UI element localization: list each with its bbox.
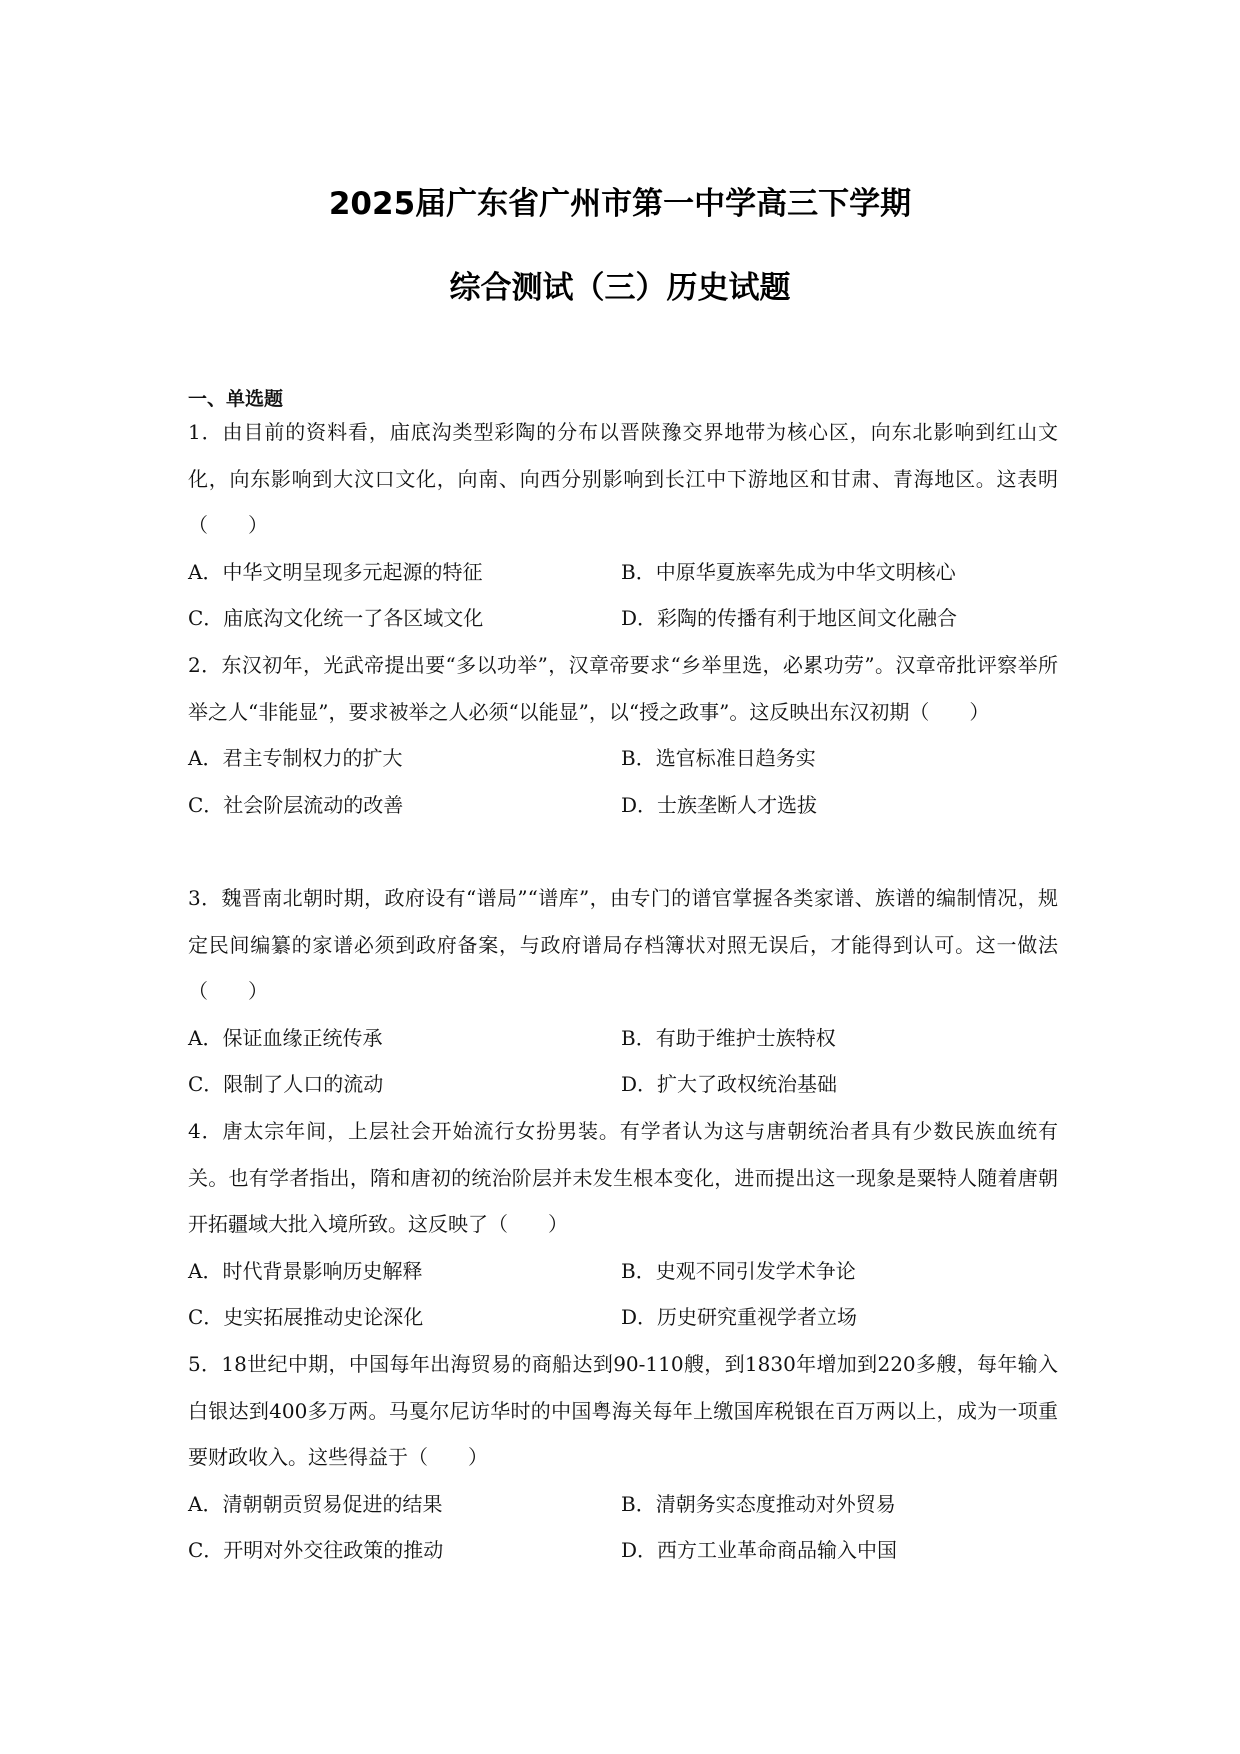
option-b: B．有助于维护士族特权 — [621, 1015, 1058, 1062]
option-a: A．君主专制权力的扩大 — [188, 735, 621, 782]
option-a: A．保证血缘正统传承 — [188, 1015, 621, 1062]
option-d: D．彩陶的传播有利于地区间文化融合 — [621, 595, 1058, 642]
option-b: B．选官标准日趋务实 — [621, 735, 1058, 782]
option-c: C．庙底沟文化统一了各区域文化 — [188, 595, 621, 642]
option-c: C．社会阶层流动的改善 — [188, 782, 621, 829]
option-c: C．史实拓展推动史论深化 — [188, 1294, 621, 1341]
question-2: 2．东汉初年，光武帝提出要“多以功举”，汉章帝要求“乡举里选，必累功劳”。汉章帝… — [188, 642, 1058, 828]
question-1: 1．由目前的资料看，庙底沟类型彩陶的分布以晋陕豫交界地带为核心区，向东北影响到红… — [188, 409, 1058, 642]
question-stem: 2．东汉初年，光武帝提出要“多以功举”，汉章帝要求“乡举里选，必累功劳”。汉章帝… — [188, 642, 1058, 735]
option-a: A．时代背景影响历史解释 — [188, 1248, 621, 1295]
question-stem: 4．唐太宗年间，上层社会开始流行女扮男装。有学者认为这与唐朝统治者具有少数民族血… — [188, 1108, 1058, 1248]
question-3: 3．魏晋南北朝时期，政府设有“谱局”“谱库”，由专门的谱官掌握各类家谱、族谱的编… — [188, 875, 1058, 1108]
option-d: D．历史研究重视学者立场 — [621, 1294, 1058, 1341]
question-stem: 5．18世纪中期，中国每年出海贸易的商船达到90-110艘，到1830年增加到2… — [188, 1341, 1058, 1481]
option-d: D．西方工业革命商品输入中国 — [621, 1527, 1058, 1574]
question-stem: 1．由目前的资料看，庙底沟类型彩陶的分布以晋陕豫交界地带为核心区，向东北影响到红… — [188, 409, 1058, 549]
document-title-line2: 综合测试（三）历史试题 — [0, 262, 1240, 307]
document-title-line1: 2025届广东省广州市第一中学高三下学期 — [0, 178, 1240, 223]
option-b: B．史观不同引发学术争论 — [621, 1248, 1058, 1295]
section-heading: 一、单选题 — [188, 384, 283, 411]
question-4: 4．唐太宗年间，上层社会开始流行女扮男装。有学者认为这与唐朝统治者具有少数民族血… — [188, 1108, 1058, 1341]
option-c: C．开明对外交往政策的推动 — [188, 1527, 621, 1574]
question-5: 5．18世纪中期，中国每年出海贸易的商船达到90-110艘，到1830年增加到2… — [188, 1341, 1058, 1574]
option-a: A．清朝朝贡贸易促进的结果 — [188, 1481, 621, 1528]
option-d: D．士族垄断人才选拔 — [621, 782, 1058, 829]
option-c: C．限制了人口的流动 — [188, 1061, 621, 1108]
option-d: D．扩大了政权统治基础 — [621, 1061, 1058, 1108]
option-b: B．清朝务实态度推动对外贸易 — [621, 1481, 1058, 1528]
option-b: B．中原华夏族率先成为中华文明核心 — [621, 549, 1058, 596]
question-stem: 3．魏晋南北朝时期，政府设有“谱局”“谱库”，由专门的谱官掌握各类家谱、族谱的编… — [188, 875, 1058, 1015]
option-a: A．中华文明呈现多元起源的特征 — [188, 549, 621, 596]
